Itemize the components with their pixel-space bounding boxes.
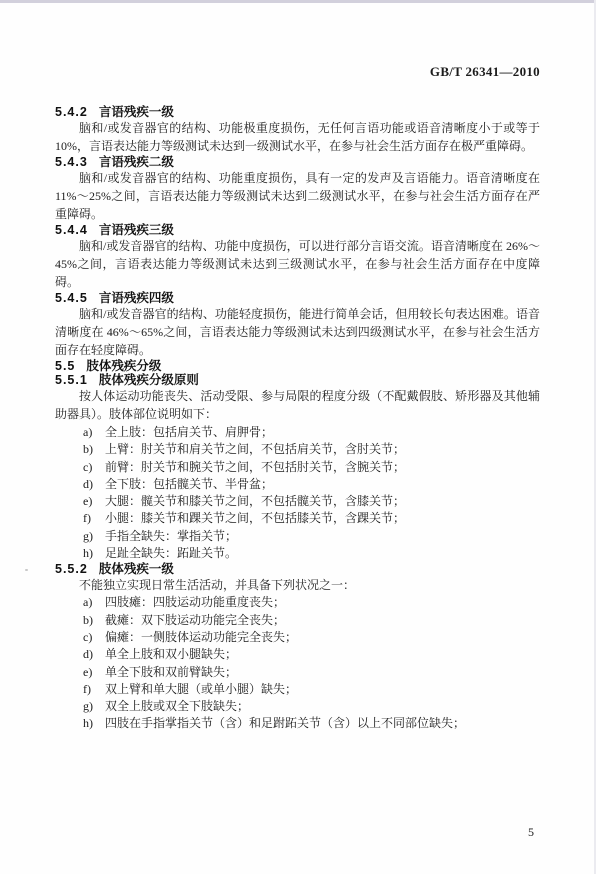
section-title: 言语残疾四级 [99, 291, 174, 305]
list-item-text: 全下肢：包括髋关节、半骨盆； [105, 476, 540, 493]
list-item-text: 小腿：膝关节和踝关节之间，不包括膝关节，含踝关节； [105, 510, 540, 527]
section-title: 言语残疾二级 [99, 155, 174, 169]
scan-speck [25, 569, 28, 571]
section-number: 5.5.1 [55, 373, 88, 387]
section-number: 5.4.4 [55, 223, 88, 237]
section-title: 肢体残疾分级 [86, 359, 161, 373]
section-title: 言语残疾一级 [99, 105, 174, 119]
list-marker: d) [83, 476, 105, 493]
list-item: e) 单全下肢和双前臂缺失； [55, 664, 540, 681]
list-item: d) 单全上肢和双小腿缺失； [55, 646, 540, 663]
list-item-text: 双全上肢或双全下肢缺失； [105, 698, 540, 715]
standard-code-header: GB/T 26341—2010 [55, 64, 540, 79]
list-item: h) 四肢在手指掌指关节（含）和足跗跖关节（含）以上不同部位缺失； [55, 715, 540, 732]
list-item: b) 上臂：肘关节和肩关节之间，不包括肩关节，含肘关节； [55, 441, 540, 458]
list-item-text: 单全下肢和双前臂缺失； [105, 664, 540, 681]
list-item: d) 全下肢：包括髋关节、半骨盆； [55, 476, 540, 493]
list-marker: h) [83, 715, 105, 732]
list-item: c) 前臂：肘关节和腕关节之间，不包括肘关节，含腕关节； [55, 459, 540, 476]
list-item: b) 截瘫：双下肢运动功能完全丧失； [55, 612, 540, 629]
list-marker: c) [83, 459, 105, 476]
list-marker: e) [83, 664, 105, 681]
section-paragraph-5-5-1: 按人体运动功能丧失、活动受限、参与局限的程度分级（不配戴假肢、矫形器及其他辅助器… [55, 387, 540, 423]
list-item-text: 上臂：肘关节和肩关节之间，不包括肩关节，含肘关节； [105, 441, 540, 458]
list-marker: g) [83, 698, 105, 715]
list-marker: e) [83, 493, 105, 510]
section-paragraph-5-5-2: 不能独立实现日常生活活动，并具备下列状况之一： [55, 576, 540, 594]
page-number: 5 [528, 825, 534, 839]
list-marker: f) [83, 681, 105, 698]
section-paragraph-5-4-2: 脑和/或发音器官的结构、功能极重度损伤，无任何言语功能或语音清晰度小于或等于 1… [55, 119, 540, 155]
body-part-list: a) 全上肢：包括肩关节、肩胛骨； b) 上臂：肘关节和肩关节之间，不包括肩关节… [55, 424, 540, 562]
list-item-text: 手指全缺失：掌指关节； [105, 528, 540, 545]
list-item: g) 手指全缺失：掌指关节； [55, 528, 540, 545]
list-item: f) 小腿：膝关节和踝关节之间，不包括膝关节，含踝关节； [55, 510, 540, 527]
section-paragraph-5-4-5: 脑和/或发音器官的结构、功能轻度损伤，能进行简单会话，但用较长句表达困难。语音清… [55, 305, 540, 359]
list-marker: g) [83, 528, 105, 545]
list-marker: b) [83, 612, 105, 629]
list-marker: f) [83, 510, 105, 527]
list-item-text: 全上肢：包括肩关节、肩胛骨； [105, 424, 540, 441]
list-marker: a) [83, 424, 105, 441]
section-heading-5-5-1: 5.5.1肢体残疾分级原则 [55, 373, 540, 387]
section-heading-5-4-2: 5.4.2言语残疾一级 [55, 105, 540, 119]
document-page: GB/T 26341—2010 5.4.2言语残疾一级 脑和/或发音器官的结构、… [0, 0, 596, 874]
document-content: GB/T 26341—2010 5.4.2言语残疾一级 脑和/或发音器官的结构、… [55, 0, 540, 733]
section-heading-5-5-2: 5.5.2肢体残疾一级 [55, 562, 540, 576]
list-marker: c) [83, 629, 105, 646]
section-heading-5-4-3: 5.4.3言语残疾二级 [55, 155, 540, 169]
section-title: 肢体残疾分级原则 [99, 373, 199, 387]
section-number: 5.5 [55, 359, 75, 373]
list-item-text: 截瘫：双下肢运动功能完全丧失； [105, 612, 540, 629]
section-number: 5.4.3 [55, 155, 88, 169]
list-item-text: 前臂：肘关节和腕关节之间，不包括肘关节，含腕关节； [105, 459, 540, 476]
list-item-text: 双上臂和单大腿（或单小腿）缺失； [105, 681, 540, 698]
list-item: a) 四肢瘫：四肢运动功能重度丧失； [55, 594, 540, 611]
list-item-text: 四肢瘫：四肢运动功能重度丧失； [105, 594, 540, 611]
list-item-text: 单全上肢和双小腿缺失； [105, 646, 540, 663]
list-marker: a) [83, 594, 105, 611]
list-item-text: 大腿：髋关节和膝关节之间，不包括髋关节，含膝关节； [105, 493, 540, 510]
list-item: a) 全上肢：包括肩关节、肩胛骨； [55, 424, 540, 441]
section-number: 5.4.5 [55, 291, 88, 305]
section-number: 5.4.2 [55, 105, 88, 119]
condition-list: a) 四肢瘫：四肢运动功能重度丧失； b) 截瘫：双下肢运动功能完全丧失； c)… [55, 594, 540, 732]
list-item: h) 足趾全缺失：跖趾关节。 [55, 545, 540, 562]
list-item: e) 大腿：髋关节和膝关节之间，不包括髋关节，含膝关节； [55, 493, 540, 510]
list-item: g) 双全上肢或双全下肢缺失； [55, 698, 540, 715]
list-marker: h) [83, 545, 105, 562]
section-number: 5.5.2 [55, 562, 88, 576]
section-title: 肢体残疾一级 [99, 562, 174, 576]
list-item: f) 双上臂和单大腿（或单小腿）缺失； [55, 681, 540, 698]
section-paragraph-5-4-3: 脑和/或发音器官的结构、功能重度损伤，具有一定的发声及言语能力。语音清晰度在 1… [55, 169, 540, 223]
section-heading-5-4-5: 5.4.5言语残疾四级 [55, 291, 540, 305]
section-paragraph-5-4-4: 脑和/或发音器官的结构、功能中度损伤，可以进行部分言语交流。语音清晰度在 26%… [55, 237, 540, 291]
list-marker: d) [83, 646, 105, 663]
section-heading-5-4-4: 5.4.4言语残疾三级 [55, 223, 540, 237]
list-item-text: 四肢在手指掌指关节（含）和足跗跖关节（含）以上不同部位缺失； [105, 715, 540, 732]
list-item-text: 足趾全缺失：跖趾关节。 [105, 545, 540, 562]
section-title: 言语残疾三级 [99, 223, 174, 237]
list-item: c) 偏瘫：一侧肢体运动功能完全丧失； [55, 629, 540, 646]
list-item-text: 偏瘫：一侧肢体运动功能完全丧失； [105, 629, 540, 646]
list-marker: b) [83, 441, 105, 458]
section-heading-5-5: 5.5肢体残疾分级 [55, 359, 540, 373]
